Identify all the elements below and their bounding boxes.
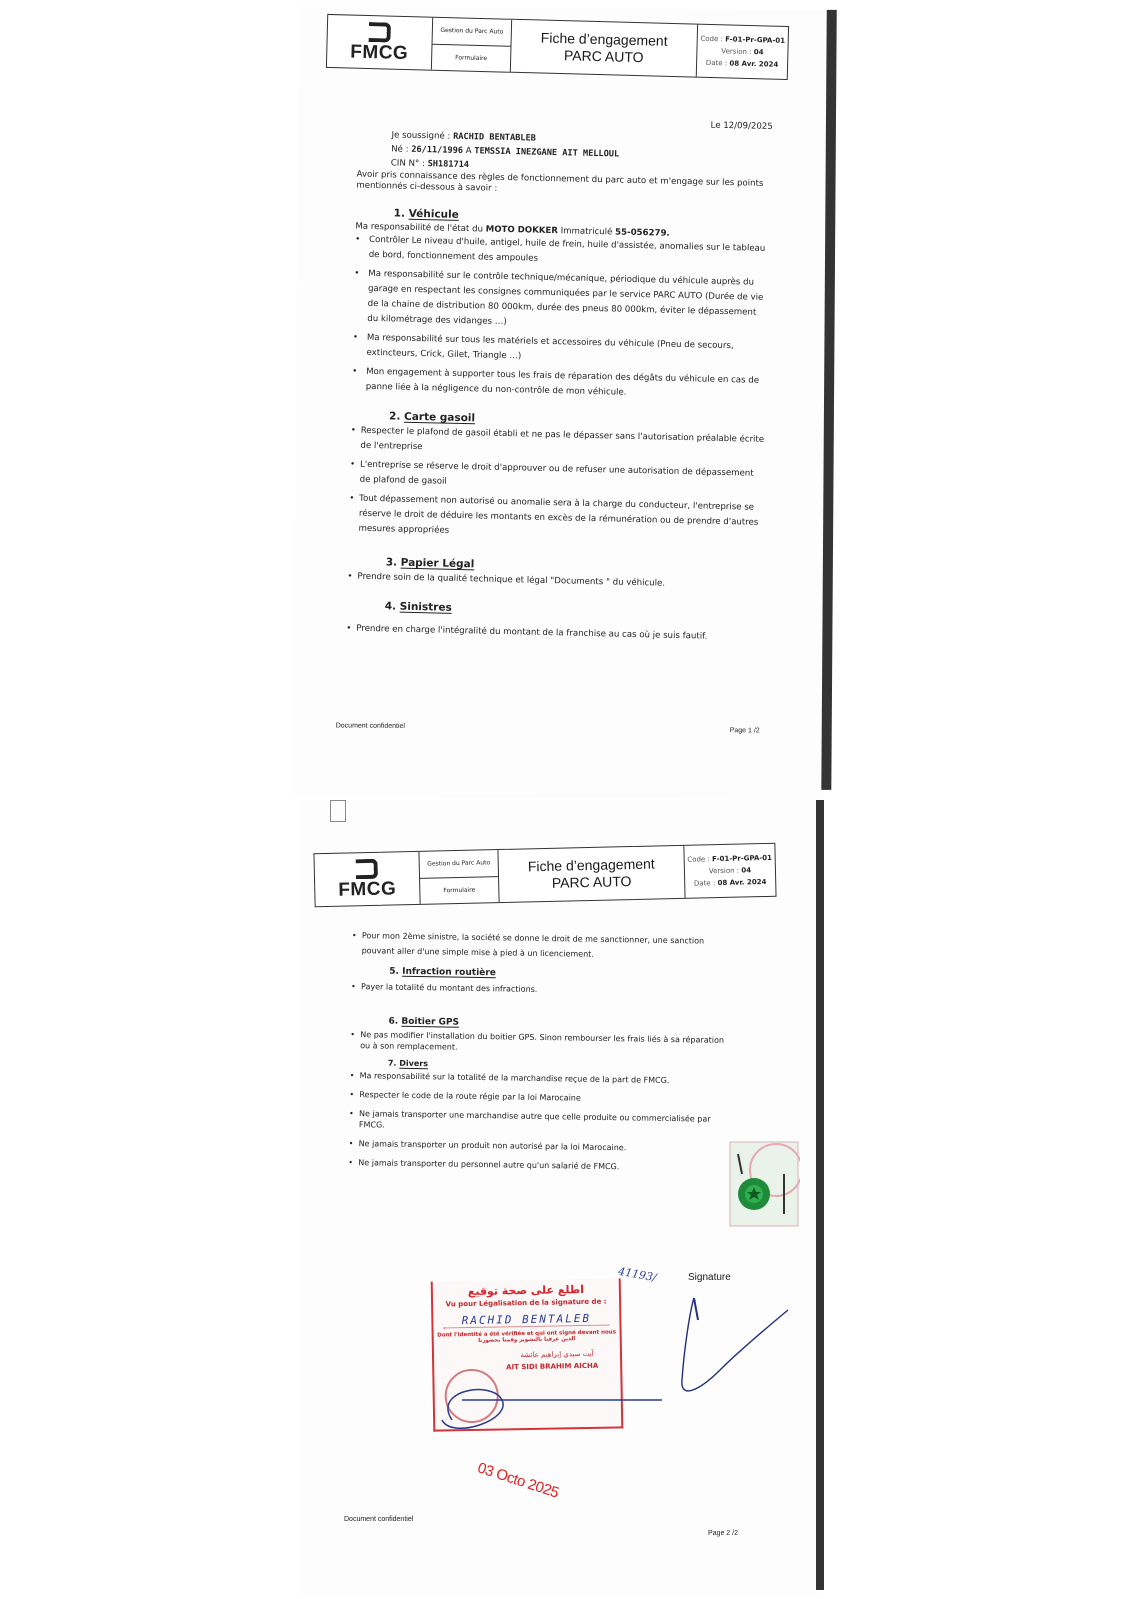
signature-label: Signature: [688, 1272, 731, 1283]
scan-edge-shadow: [821, 10, 836, 790]
code-value: F-01-Pr-GPA-01: [712, 854, 772, 863]
document-header: FMCG Gestion du Parc Auto Formulaire Fic…: [326, 14, 789, 80]
document-page-2: FMCG Gestion du Parc Auto Formulaire Fic…: [300, 800, 818, 1595]
stamp-arabic-commune: آيت سيدي إبراهيم عائشة: [494, 1349, 620, 1359]
footer-page-number: Page 1 /2: [730, 727, 760, 734]
cin-label: CIN N° :: [391, 158, 425, 169]
birth-place-prefix: A: [466, 146, 472, 156]
stamp-arabic-title: اطلع على صحة توقيع: [433, 1282, 619, 1298]
brand-name: FMCG: [350, 42, 408, 66]
doc-type-label: Formulaire: [420, 877, 499, 904]
ink-signature-scribble-icon: [432, 1360, 672, 1440]
list-item: Ne jamais transporter une marchandise au…: [349, 1108, 729, 1136]
list-item: Ma responsabilité sur le contrôle techni…: [353, 267, 769, 336]
document-title: Fiche d’engagement PARC AUTO: [511, 20, 698, 77]
reference-note: 41193/: [617, 1265, 657, 1285]
code-label: Code :: [687, 855, 710, 864]
list-item: Prendre en charge l'intégralité du monta…: [346, 621, 761, 645]
page-2-body: Pour mon 2ème sinistre, la société se do…: [348, 928, 732, 1182]
page-1-body: Le 12/09/2025 Je soussigné : RACHID BENT…: [346, 111, 773, 650]
vehicle-plate: 55-056279.: [615, 227, 670, 238]
list-item: Ne pas modifier l'installation du boitie…: [350, 1029, 730, 1057]
stamp-handwritten-name: RACHID BENTALEB: [443, 1312, 609, 1329]
fiscal-stamp-icon: [728, 1140, 800, 1228]
list-item: Ma responsabilité sur tous les matériels…: [352, 331, 768, 370]
date-label: Date :: [706, 59, 728, 68]
doc-type-label: Formulaire: [432, 44, 511, 72]
birth-date: 26/11/1996: [411, 145, 463, 156]
logo: FMCG: [327, 15, 433, 70]
list-item: L'entreprise se réserve le droit d'appro…: [349, 457, 765, 496]
list-item: Ne jamais transporter un produit non aut…: [349, 1138, 729, 1155]
list-item: Respecter le code de la route régie par …: [349, 1089, 729, 1106]
vehicle-model: MOTO DOKKER: [486, 225, 558, 237]
code-cell: Code : F-01-Pr-GPA-01 Version : 04 Date …: [684, 844, 775, 898]
document-title: Fiche d’engagement PARC AUTO: [498, 846, 685, 902]
fmcg-logo-icon: [367, 20, 394, 43]
list-item: Tout dépassement non autorisé ou anomali…: [348, 491, 764, 545]
sinistres-bullets: Prendre en charge l'intégralité du monta…: [346, 621, 761, 645]
list-item: Ne jamais transporter du personnel autre…: [348, 1157, 728, 1174]
birth-label: Né :: [391, 144, 409, 154]
code-label: Code :: [700, 35, 723, 44]
footer-confidential: Document confidentiel: [344, 1516, 413, 1523]
department-label: Gestion du Parc Auto: [433, 18, 512, 47]
soussigne-name: RACHID BENTABLEB: [453, 132, 536, 144]
version-label: Version :: [721, 47, 752, 56]
fmcg-logo-icon: [354, 857, 380, 880]
version-value: 04: [741, 866, 751, 874]
code-cell: Code : F-01-Pr-GPA-01 Version : 04 Date …: [697, 25, 788, 79]
cin-value: SH181714: [428, 159, 470, 170]
title-line-2: PARC AUTO: [564, 47, 644, 66]
department-label: Gestion du Parc Auto: [419, 850, 498, 878]
signature-icon: [680, 1290, 790, 1400]
vehicule-bullets: Contrôler Le niveau d'huile, antigel, hu…: [352, 233, 771, 404]
date-value: 08 Avr. 2024: [729, 59, 778, 68]
meta-cell: Gestion du Parc Auto Formulaire: [432, 18, 512, 72]
logo: FMCG: [314, 852, 420, 906]
stamp-french-title: Vu pour Légalisation de la signature de …: [433, 1297, 619, 1308]
document-header: FMCG Gestion du Parc Auto Formulaire Fic…: [313, 843, 776, 907]
scan-edge-shadow: [816, 800, 824, 1590]
birth-place: TEMSSIA INEZGANE AIT MELLOUL: [474, 146, 619, 159]
date-label: Date :: [694, 879, 716, 887]
brand-name: FMCG: [338, 878, 396, 901]
footer-confidential: Document confidentiel: [336, 722, 405, 729]
list-item: Pour mon 2ème sinistre, la société se do…: [352, 928, 732, 964]
carte-gasoil-bullets: Respecter le plafond de gasoil établi et…: [348, 423, 765, 545]
title-line-1: Fiche d’engagement: [528, 856, 655, 876]
meta-cell: Gestion du Parc Auto Formulaire: [419, 850, 499, 904]
title-line-1: Fiche d’engagement: [541, 30, 668, 50]
document-page-1: FMCG Gestion du Parc Auto Formulaire Fic…: [293, 6, 829, 800]
corner-mark: [330, 800, 346, 822]
version-value: 04: [754, 48, 764, 56]
section-title-sinistres: 4. Sinistres: [385, 599, 762, 623]
date-value: 08 Avr. 2024: [717, 878, 766, 887]
divers-bullets: Ma responsabilité sur la totalité de la …: [348, 1070, 729, 1174]
continuation-bullets: Pour mon 2ème sinistre, la société se do…: [352, 928, 732, 964]
date-stamp: 03 Octo 2025: [475, 1459, 560, 1501]
soussigne-label: Je soussigné :: [391, 130, 450, 141]
gps-bullets: Ne pas modifier l'installation du boitie…: [350, 1029, 730, 1057]
title-line-2: PARC AUTO: [552, 873, 632, 892]
footer-page-number: Page 2 /2: [708, 1530, 738, 1537]
list-item: Mon engagement à supporter tous les frai…: [352, 365, 768, 404]
version-label: Version :: [709, 867, 740, 876]
code-value: F-01-Pr-GPA-01: [725, 35, 785, 45]
